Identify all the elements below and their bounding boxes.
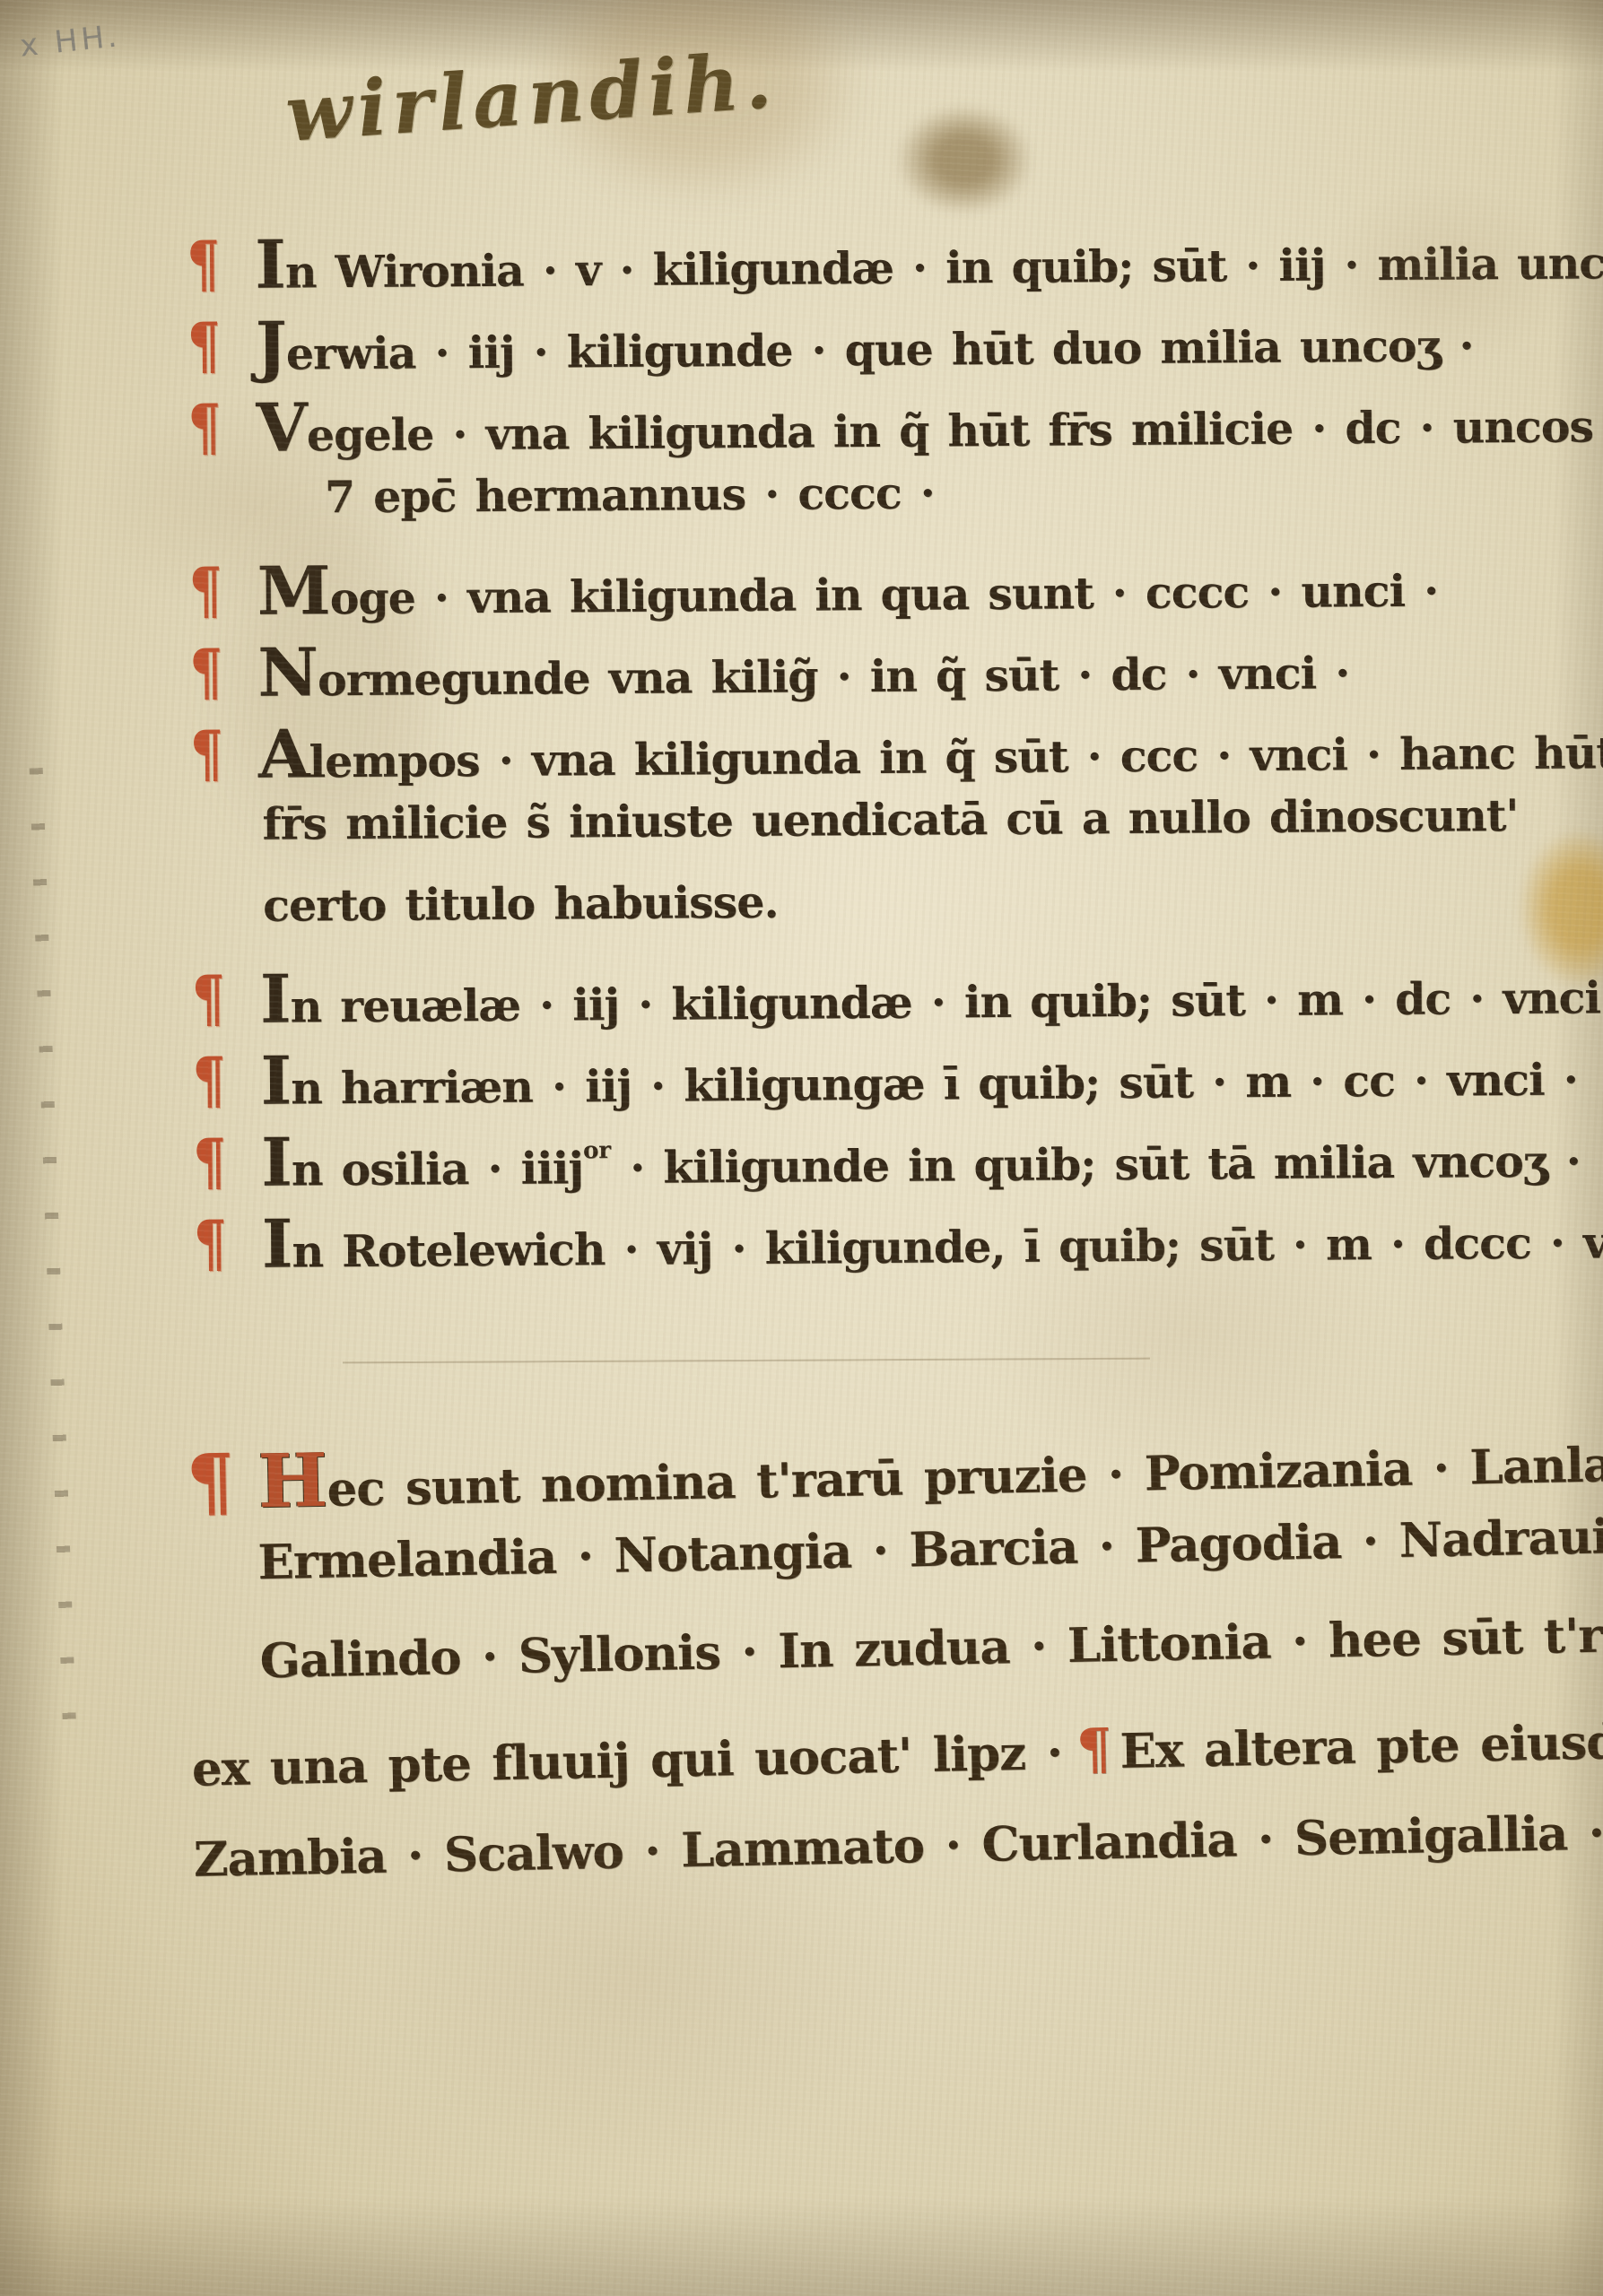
superscript-abbreviation: or bbox=[583, 1137, 611, 1164]
margin-prick-marks bbox=[30, 768, 78, 1761]
pilcrow-mark: ¶ bbox=[193, 1125, 262, 1198]
manuscript-line: 7 epc̄ hermannus · cccc · bbox=[188, 463, 1553, 554]
pilcrow-mark: ¶ bbox=[194, 1206, 263, 1280]
ink-blot-stain bbox=[897, 106, 1032, 213]
entry-initial: I bbox=[255, 227, 285, 304]
pilcrow-mark: ¶ bbox=[187, 309, 257, 382]
entry-initial: M bbox=[257, 552, 330, 631]
entry-text: n Wironia · v · kiligundæ · in quib; sūt… bbox=[285, 237, 1603, 299]
pilcrow-mark: ¶ bbox=[1061, 1716, 1120, 1782]
entry-text: n reuælæ · iij · kiligundæ · in quib; sū… bbox=[290, 971, 1603, 1032]
pencil-annotation: x HH. bbox=[18, 18, 122, 65]
manuscript-line: ¶In reuælæ · iij · kiligundæ · in quib; … bbox=[192, 952, 1556, 1044]
prussia-paragraph-block: ¶Hec sunt nomina t'rarū pruzie · Pomizan… bbox=[186, 1411, 1576, 1930]
entry-initial: A bbox=[258, 716, 309, 793]
continuation-text: 7 epc̄ hermannus · cccc · bbox=[325, 467, 935, 524]
entry-text: ec sunt nomina t'rarū pruzie · Pomizania… bbox=[327, 1436, 1603, 1518]
entry-initial: V bbox=[256, 389, 307, 466]
pilcrow-mark: ¶ bbox=[186, 1436, 259, 1526]
entry-text: n osilia · iiij bbox=[292, 1142, 584, 1196]
entry-initial: I bbox=[260, 961, 291, 1039]
manuscript-line: ¶In Rotelewich · vij · kiligunde, ī quib… bbox=[194, 1197, 1558, 1289]
pilcrow-mark: ¶ bbox=[190, 717, 259, 790]
pilcrow-mark: ¶ bbox=[192, 1043, 261, 1117]
manuscript-line: fr̄s milicie s̃ iniuste uendicatā cū a n… bbox=[190, 789, 1555, 881]
census-entries-block: ¶In Wironia · v · kiligundæ · in quib; s… bbox=[187, 218, 1557, 1289]
manuscript-line: ¶Normegunde vna kilig̃ · in q̃ sūt · dc … bbox=[189, 626, 1554, 717]
manuscript-line: ¶Vegele · vna kiligunda in q̃ hūt fr̄s m… bbox=[187, 381, 1552, 473]
pilcrow-mark: ¶ bbox=[189, 635, 258, 709]
entry-text: lempos · vna kiligunda in q̃ sūt · ccc ·… bbox=[309, 726, 1603, 787]
manuscript-line: ¶Alempos · vna kiligunda in q̃ sūt · ccc… bbox=[190, 708, 1555, 799]
entry-text: ormegunde vna kilig̃ · in q̃ sūt · dc · … bbox=[318, 647, 1350, 706]
entry-initial: J bbox=[256, 309, 287, 386]
entry-text: erwia · iij · kiligunde · que hūt duo mi… bbox=[286, 319, 1474, 379]
entry-initial: I bbox=[262, 1206, 292, 1283]
entry-text: n Rotelewich · vij · kiligunde, ī quib; … bbox=[292, 1215, 1603, 1277]
ruling-line bbox=[343, 1358, 1150, 1364]
manuscript-line: ¶Moge · vna kiligunda in qua sunt · cccc… bbox=[188, 544, 1553, 636]
manuscript-line: ¶In Wironia · v · kiligundæ · in quib; s… bbox=[187, 218, 1551, 309]
entry-initial: H bbox=[257, 1438, 327, 1525]
header-title: wirlandih. bbox=[283, 35, 780, 160]
pilcrow-mark: ¶ bbox=[187, 390, 257, 464]
entry-text: egele · vna kiligunda in q̃ hūt fr̄s mil… bbox=[307, 400, 1603, 461]
continuation-text: fr̄s milicie s̃ iniuste uendicatā cū a n… bbox=[262, 789, 1518, 850]
manuscript-page: x HH. wirlandih. ¶In Wironia · v · kilig… bbox=[0, 0, 1603, 2296]
manuscript-line: ¶Jerwia · iij · kiligunde · que hūt duo … bbox=[187, 300, 1552, 391]
entry-text: · kiligunde in quib; sūt tā milia vncoʒ … bbox=[611, 1135, 1581, 1194]
pilcrow-mark: ¶ bbox=[192, 961, 261, 1035]
manuscript-line: ¶In osilia · iiijor · kiligunde in quib;… bbox=[193, 1116, 1557, 1207]
pilcrow-mark: ¶ bbox=[187, 227, 256, 300]
entry-initial: I bbox=[261, 1125, 292, 1202]
entry-text: n harriæn · iij · kiligungæ ī quib; sūt … bbox=[291, 1054, 1578, 1115]
entry-text: Ex altera pte eiusdē · bbox=[1119, 1713, 1603, 1779]
entry-text: oge · vna kiligunda in qua sunt · cccc ·… bbox=[330, 565, 1439, 625]
entry-initial: I bbox=[260, 1043, 291, 1120]
continuation-text: certo titulo habuisse. bbox=[263, 876, 779, 932]
manuscript-line: ¶In harriæn · iij · kiligungæ ī quib; sū… bbox=[192, 1034, 1556, 1126]
entry-text: ex una pte fluuij qui uocat' lipz · bbox=[191, 1725, 1062, 1797]
entry-initial: N bbox=[257, 634, 318, 711]
manuscript-line: certo titulo habuisse. bbox=[191, 871, 1555, 962]
pilcrow-mark: ¶ bbox=[188, 553, 257, 627]
